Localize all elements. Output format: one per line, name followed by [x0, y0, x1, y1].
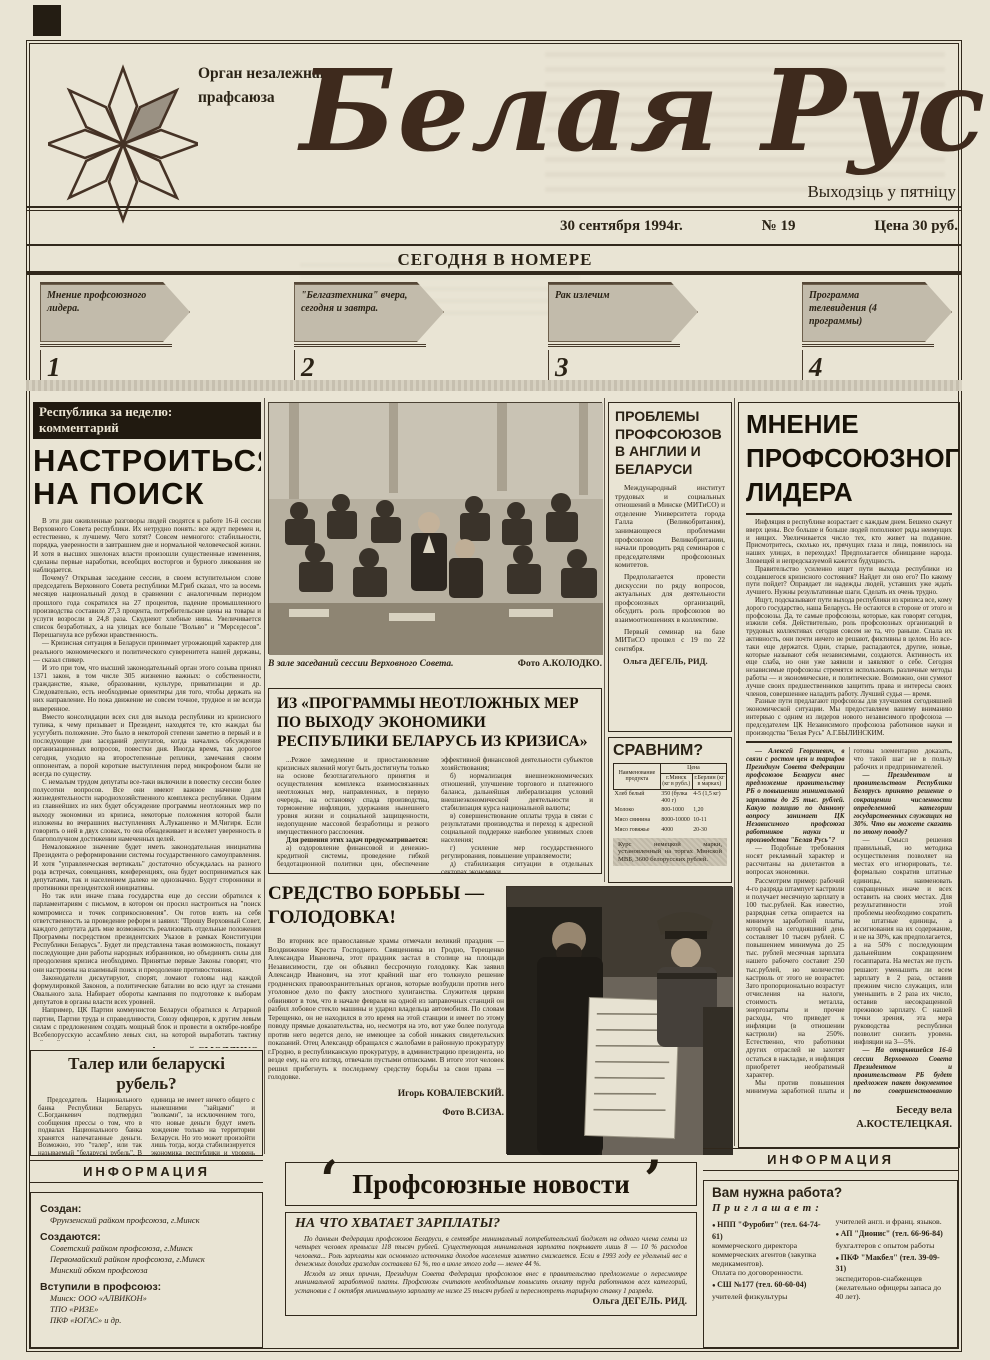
- taler-body: Председатель Национального банка Республ…: [38, 1097, 255, 1156]
- headline-line: НА ПОИСК: [33, 477, 261, 510]
- banner-title: Профсоюзные новости: [352, 1169, 630, 1200]
- today-rule: [26, 271, 962, 275]
- england-headline: ПРОБЛЕМЫ ПРОФСОЮЗОВ В АНГЛИИ И БЕЛАРУСИ: [615, 408, 725, 478]
- session-photo-caption-row: В зале заседаний сессии Верховного Совет…: [268, 659, 602, 669]
- info-entry: ПКФ «ЮГАС» и др.: [50, 1315, 253, 1326]
- lead-paragraph: Вместо консолидации всех сил для выхода …: [33, 713, 261, 778]
- headline-line: НАСТРОИТЬСЯ: [33, 444, 261, 477]
- headline-line: СРЕДСТВО БОРЬБЫ —: [268, 882, 504, 906]
- lead-body: В эти дни оживленные разговоры людей сво…: [33, 517, 261, 1041]
- product: Мясо говяжье: [614, 825, 661, 835]
- today-item-2: "Белгазтехника" вчера, сегодня и завтра.…: [294, 282, 444, 386]
- column-rule: [734, 398, 735, 1146]
- col-minsk: г.Минск (кг в рубл.): [660, 773, 692, 789]
- table-row: Мясо свинина 8000-10000 10-11: [614, 816, 727, 826]
- lead-article: Республика за неделю: комментарий НАСТРО…: [33, 402, 261, 1048]
- job-entry: НПП "Фуробит" (тел. 64-74-61): [712, 1220, 826, 1241]
- program-paragraph: Для решения этих задач предусматривается…: [277, 836, 429, 844]
- england-paragraph: Международный институт трудовых и социал…: [615, 484, 725, 570]
- hunger-body: Во вторник все православные храмы отмеча…: [268, 937, 504, 1082]
- issue-date: 30 сентября 1994г.: [560, 218, 683, 235]
- info-right-header: ИНФОРМАЦИЯ: [703, 1148, 958, 1171]
- compare-box: СРАВНИМ? Наименование продукта Цена г.Ми…: [608, 737, 732, 883]
- opinion-paragraph: Правительство усиленно ищет пути выхода …: [746, 566, 952, 597]
- today-item-3: Рак излечим 3: [548, 282, 698, 386]
- opinion-interview: — Алексей Георгиевич, в связи с ростом ц…: [746, 747, 952, 1099]
- job-entry: СШ №177 (тел. 60-60-04): [712, 1280, 826, 1292]
- jobs-column-2: учителей англ. и франц. языков.АП "Диони…: [836, 1217, 950, 1301]
- taler-paragraph: Председатель Национального банка Республ…: [38, 1097, 263, 1156]
- program-article: ИЗ «ПРОГРАММЫ НЕОТЛОЖНЫХ МЕР ПО ВЫХОДУ Э…: [268, 688, 602, 874]
- minsk-price: 350 (булка 400 г): [660, 789, 692, 806]
- lead-paragraph: С немалым трудом депутаты все-таки включ…: [33, 778, 261, 843]
- today-in-issue: Мнение профсоюзного лидера. 1 "Белгазтех…: [40, 282, 952, 386]
- interview-paragraph: — Алексей Георгиевич, в связи с ростом ц…: [746, 747, 845, 844]
- lead-byline: Анатолий СМОЛЯНКО.: [33, 1046, 261, 1048]
- product: Мясо свинина: [614, 816, 661, 826]
- lead-paragraph: И это при том, что высший законодательны…: [33, 664, 261, 713]
- lead-paragraph: — Кризисная ситуация в Беларуси принимае…: [33, 639, 261, 663]
- minsk-price: 4000: [660, 825, 692, 835]
- hunger-byline: Игорь КОВАЛЕВСКИЙ.: [268, 1087, 504, 1101]
- jobs-title: Вам нужна работа?: [712, 1185, 949, 1200]
- program-paragraph: б) нормализация внешнеэкономических отно…: [441, 772, 593, 812]
- interview-paragraph: — Президентом и правительством Республик…: [854, 771, 953, 836]
- lead-paragraph: Законодатели дискутируют, спорят, ломают…: [33, 974, 261, 1007]
- price-table: Наименование продукта Цена г.Минск (кг в…: [613, 763, 727, 835]
- info-entry: Первомайский райком профсоюза, г.Минск: [50, 1254, 253, 1265]
- england-byline: Ольга ДЕГЕЛЬ, РИД.: [615, 656, 725, 666]
- salary-body: По данным Федерации профсоюзов Беларуси,…: [295, 1235, 687, 1295]
- job-entry: ПКФ "Макбел" (тел. 39-09-31): [836, 1253, 950, 1274]
- union-news-banner: ‘ Профсоюзные новости ’: [285, 1162, 697, 1206]
- england-article: ПРОБЛЕМЫ ПРОФСОЮЗОВ В АНГЛИИ И БЕЛАРУСИ …: [608, 402, 732, 732]
- job-entry: учителей англ. и франц. языков.: [836, 1217, 950, 1226]
- product: Молоко: [614, 806, 661, 816]
- job-entry: учителей физкультуры: [712, 1292, 826, 1301]
- jobs-invite-label: Приглашает:: [712, 1202, 949, 1214]
- publication-schedule: Выходзіць у пятніцу: [600, 182, 956, 202]
- hunger-article: СРЕДСТВО БОРЬБЫ — ГОЛОДОВКА! Во вторник …: [268, 882, 504, 1152]
- article-kicker: Республика за неделю: комментарий: [33, 402, 261, 439]
- exchange-rate-note: Курс немецкой марки, установленный на то…: [613, 838, 727, 866]
- masthead-rule: [26, 206, 962, 211]
- info-entry: Фрунзенский райком профсоюза, г.Минск: [50, 1215, 253, 1226]
- program-headline: ИЗ «ПРОГРАММЫ НЕОТЛОЖНЫХ МЕР ПО ВЫХОДУ Э…: [277, 694, 593, 751]
- issue-price: Цена 30 руб.: [874, 218, 958, 235]
- salary-paragraph: По данным Федерации профсоюзов Беларуси,…: [295, 1235, 687, 1268]
- salary-article: НА ЧТО ХВАТАЕТ ЗАРПЛАТЫ? По данным Федер…: [285, 1212, 697, 1316]
- info-entry: Создаются:: [40, 1231, 253, 1243]
- hunger-strike-photo: [506, 886, 732, 1154]
- salary-paragraph: Исходя из этих причин, Президиум Совета …: [295, 1270, 687, 1295]
- program-paragraph: д) стабилизация ситуации в отдельных сек…: [441, 860, 593, 874]
- session-photo: [268, 402, 602, 654]
- job-entry: коммерческого директора: [712, 1241, 826, 1250]
- photo-credit: Фото А.КОЛОДКО.: [518, 659, 602, 669]
- flag-rule: [294, 344, 426, 347]
- today-flag: Рак излечим: [548, 282, 698, 342]
- flag-rule: [40, 344, 172, 347]
- england-body: Международный институт трудовых и социал…: [615, 484, 725, 653]
- hunger-paragraph: Во вторник все православные храмы отмеча…: [268, 937, 504, 1082]
- lead-headline: НАСТРОИТЬСЯ НА ПОИСК: [33, 444, 261, 510]
- rule: [746, 741, 952, 743]
- taler-headline: Талер или беларускі рубель?: [38, 1054, 255, 1094]
- opinion-paragraph: Разные пути предлагают профсоюзы для улу…: [746, 698, 952, 737]
- col-price: Цена: [660, 764, 726, 774]
- lead-paragraph: Но так или иначе глава государства еще д…: [33, 892, 261, 974]
- opinion-article: МНЕНИЕ ПРОФСОЮЗНОГО ЛИДЕРА Инфляция в ре…: [738, 402, 960, 1148]
- hunger-photo-credit: Фото В.СИЗА.: [268, 1106, 504, 1120]
- jobs-column-1: НПП "Фуробит" (тел. 64-74-61)коммерческо…: [712, 1217, 826, 1301]
- newspaper-title: Белая Русь: [300, 42, 955, 182]
- opinion-headline: МНЕНИЕ ПРОФСОЮЗНОГО ЛИДЕРА: [746, 407, 952, 509]
- photo-caption: В зале заседаний сессии Верховного Совет…: [268, 659, 454, 669]
- opinion-intro: Инфляция в республике возрастает с кажды…: [746, 519, 952, 737]
- today-flag: "Белгазтехника" вчера, сегодня и завтра.: [294, 282, 444, 342]
- program-paragraph: в) совершенствование оплаты труда в связ…: [441, 812, 593, 844]
- flag-rule: [548, 344, 680, 347]
- table-row: Хлеб белый 350 (булка 400 г) 4-5 (1,5 кг…: [614, 789, 727, 806]
- lead-paragraph: Немаловажное значение будет иметь законо…: [33, 843, 261, 892]
- interview-paragraph: — Подобные требования носят рекламный ха…: [746, 844, 845, 876]
- section-divider: [26, 380, 962, 391]
- hunger-headline: СРЕДСТВО БОРЬБЫ — ГОЛОДОВКА!: [268, 882, 504, 930]
- job-entry: экспедиторов-снабженцев (желательно офиц…: [836, 1274, 950, 1301]
- lead-paragraph: Например, ЦК Партии коммунистов Беларуси…: [33, 1006, 261, 1041]
- open-quote-icon: ‘: [320, 1171, 338, 1197]
- lead-paragraph: Почему? Открывая заседание сессии, в сво…: [33, 574, 261, 639]
- england-paragraph: Предполагается провести дискуссии по ряд…: [615, 573, 725, 625]
- info-entry: Минский обком профсоюза: [50, 1265, 253, 1276]
- info-left-box: Создан:Фрунзенский райком профсоюза, г.М…: [30, 1192, 263, 1348]
- program-body: ...Резкое замедление и приостановление к…: [277, 756, 593, 874]
- flag-rule: [802, 344, 934, 347]
- today-item-1: Мнение профсоюзного лидера. 1: [40, 282, 190, 386]
- job-entry: АП "Дионис" (тел. 66-96-84): [836, 1229, 950, 1241]
- info-entry: Минск: ООО «АЛВИКОН»: [50, 1293, 253, 1304]
- today-item-4: Программа телевидения (4 программы) 4: [802, 282, 952, 386]
- berlin-price: 1,20: [692, 806, 726, 816]
- berlin-price: 20-30: [692, 825, 726, 835]
- jobs-columns: НПП "Фуробит" (тел. 64-74-61)коммерческо…: [712, 1217, 949, 1301]
- taler-article: Талер или беларускі рубель? Председатель…: [30, 1050, 263, 1156]
- close-quote-icon: ’: [644, 1171, 662, 1197]
- compare-headline: СРАВНИМ?: [613, 742, 727, 760]
- interview-signature: Беседу вела А.КОСТЕЛЕЦКАЯ.: [746, 1104, 952, 1132]
- berlin-price: 10-11: [692, 816, 726, 826]
- today-flag: Мнение профсоюзного лидера.: [40, 282, 190, 342]
- england-paragraph: Первый семинар на базе МИТиСО прошел с 1…: [615, 628, 725, 654]
- column-rule: [264, 398, 265, 1154]
- lead-paragraph: В эти дни оживленные разговоры людей сво…: [33, 517, 261, 574]
- job-entry: Оплата по договоренности.: [712, 1268, 826, 1277]
- minsk-price: 800-1000: [660, 806, 692, 816]
- rule: [746, 513, 952, 515]
- program-paragraph: ...Резкое замедление и приостановление к…: [277, 756, 429, 836]
- corner-mark: [33, 5, 61, 36]
- program-paragraph: г) усиление мер государственного регулир…: [441, 844, 593, 860]
- salary-byline: Ольга ДЕГЕЛЬ. РИД.: [295, 1297, 687, 1307]
- table-row: Мясо говяжье 4000 20-30: [614, 825, 727, 835]
- interview-paragraph: Рассмотрим пример: рабочий 4-го разряда …: [746, 877, 845, 1079]
- product: Хлеб белый: [614, 789, 661, 806]
- signature-role: Беседу вела: [746, 1104, 952, 1118]
- headline-line: ГОЛОДОВКА!: [268, 906, 504, 930]
- dateline: 30 сентября 1994г. № 19 Цена 30 руб.: [560, 218, 958, 235]
- jobs-box: Вам нужна работа? Приглашает: НПП "Фуроб…: [703, 1180, 958, 1348]
- salary-headline: НА ЧТО ХВАТАЕТ ЗАРПЛАТЫ?: [295, 1216, 687, 1232]
- issue-number: № 19: [762, 218, 796, 235]
- column-rule: [604, 398, 605, 882]
- interview-paragraph: — Смысл решения правильный, но методика …: [854, 836, 953, 1046]
- opinion-paragraph: Инфляция в республике возрастает с кажды…: [746, 519, 952, 566]
- signature-name: А.КОСТЕЛЕЦКАЯ.: [746, 1118, 952, 1132]
- berlin-price: 4-5 (1,5 кг): [692, 789, 726, 806]
- today-in-issue-header: СЕГОДНЯ В НОМЕРЕ: [0, 250, 990, 270]
- newspaper-page: Орган незалежнага прафсаюза Белая Русь В…: [0, 0, 990, 1360]
- info-entry: Советский райком профсоюза, г.Минск: [50, 1243, 253, 1254]
- col-berlin: г.Берлин (кг в марках): [692, 773, 726, 789]
- job-entry: коммерческих агентов (закупка медикамент…: [712, 1250, 826, 1268]
- table-row: Молоко 800-1000 1,20: [614, 806, 727, 816]
- job-entry: бухгалтеров с опытом работы: [836, 1241, 950, 1250]
- info-left-header: ИНФОРМАЦИЯ: [30, 1160, 263, 1183]
- col-product: Наименование продукта: [614, 764, 661, 790]
- info-entry: Создан:: [40, 1203, 253, 1215]
- info-entry: Вступили в профсоюз:: [40, 1281, 253, 1293]
- minsk-price: 8000-10000: [660, 816, 692, 826]
- today-flag: Программа телевидения (4 программы): [802, 282, 952, 342]
- info-entry: ТПО «РИЗЕ»: [50, 1304, 253, 1315]
- dateline-rule: [26, 244, 962, 246]
- opinion-paragraph: Ищут, подсказывают пути выхода республик…: [746, 597, 952, 698]
